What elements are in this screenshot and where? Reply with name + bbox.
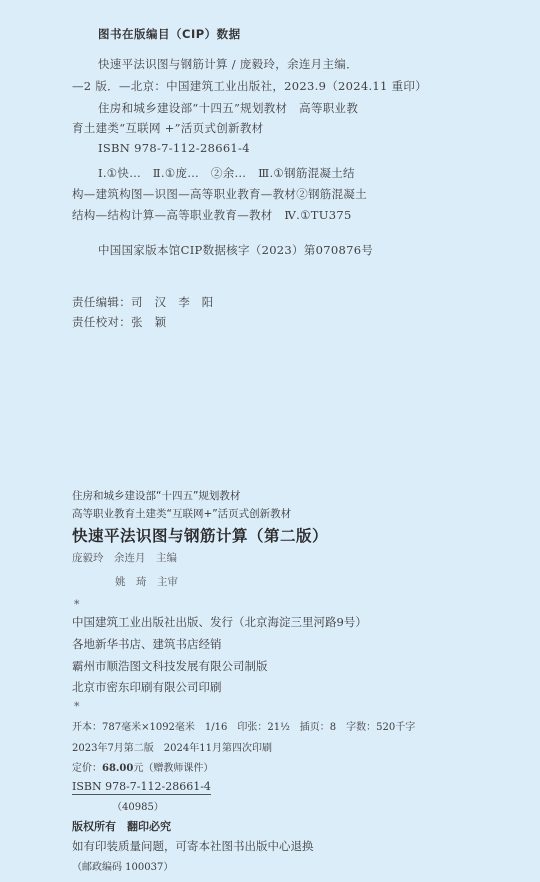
series-label-1: 住房和城乡建设部“十四五”规划教材 <box>72 488 240 503</box>
series-label-2: 高等职业教育土建类“互联网+”活页式创新教材 <box>72 506 291 521</box>
return-note: 如有印装质量问题，可寄本社图书出版中心退换 <box>72 838 314 854</box>
cip-line: 住房和城乡建设部“十四五”规划教材 高等职业教 <box>98 100 358 116</box>
cip-line: 结构—结构计算—高等职业教育—教材 Ⅳ.①TU375 <box>72 207 352 223</box>
book-title: 快速平法识图与钢筋计算（第二版） <box>72 524 328 546</box>
cip-line: 快速平法识图与钢筋计算 / 庞毅玲，余连月主编． <box>98 56 358 72</box>
responsible-proofreader: 责任校对：张 颖 <box>72 314 166 330</box>
price-suffix: 元（赠教师课件） <box>133 763 213 774</box>
plate-maker-line: 霸州市顺浩图文科技发展有限公司制版 <box>72 658 268 674</box>
distributor-line: 各地新华书店、建筑书店经销 <box>72 636 222 652</box>
separator-star: * <box>74 700 80 713</box>
book-code: （40985） <box>112 798 164 813</box>
cip-isbn: ISBN 978-7-112-28661-4 <box>98 141 250 155</box>
price-label: 定价： <box>72 763 102 774</box>
cip-heading: 图书在版编目（CIP）数据 <box>98 26 241 42</box>
book-reviewer: 姚 琦 主审 <box>115 574 178 589</box>
printer-line: 北京市密东印刷有限公司印刷 <box>72 679 222 695</box>
cip-verification: 中国国家版本馆CIP数据核字（2023）第070876号 <box>98 242 373 258</box>
cip-line: 育土建类“互联网 +”活页式创新教材 <box>72 120 263 136</box>
responsible-editors: 责任编辑：司 汉 李 阳 <box>72 294 214 310</box>
postal-code: （邮政编码 100037） <box>72 858 173 873</box>
price-line: 定价：68.00元（赠教师课件） <box>72 759 213 774</box>
separator-star: * <box>74 598 80 611</box>
edition-line: 2023年7月第二版 2024年11月第四次印刷 <box>72 739 272 754</box>
publisher-line: 中国建筑工业出版社出版、发行（北京海淀三里河路9号） <box>72 614 367 630</box>
cip-line: —2 版．—北京：中国建筑工业出版社，2023.9（2024.11 重印） <box>72 78 427 94</box>
format-line: 开本：787毫米×1092毫米 1/16 印张：21½ 插页：8 字数：520千… <box>72 718 415 733</box>
cip-line: Ⅰ.①快… Ⅱ.①庞… ②余… Ⅲ.①钢筋混凝土结 <box>98 165 355 181</box>
rights-heading: 版权所有 翻印必究 <box>72 818 171 834</box>
cip-line: 构—建筑构图—识图—高等职业教育—教材②钢筋混凝土 <box>72 186 367 202</box>
book-authors: 庞毅玲 余连月 主编 <box>72 550 177 565</box>
isbn-barcode-line: ISBN 978-7-112-28661-4 <box>72 780 211 795</box>
price-value: 68.00 <box>102 763 133 774</box>
